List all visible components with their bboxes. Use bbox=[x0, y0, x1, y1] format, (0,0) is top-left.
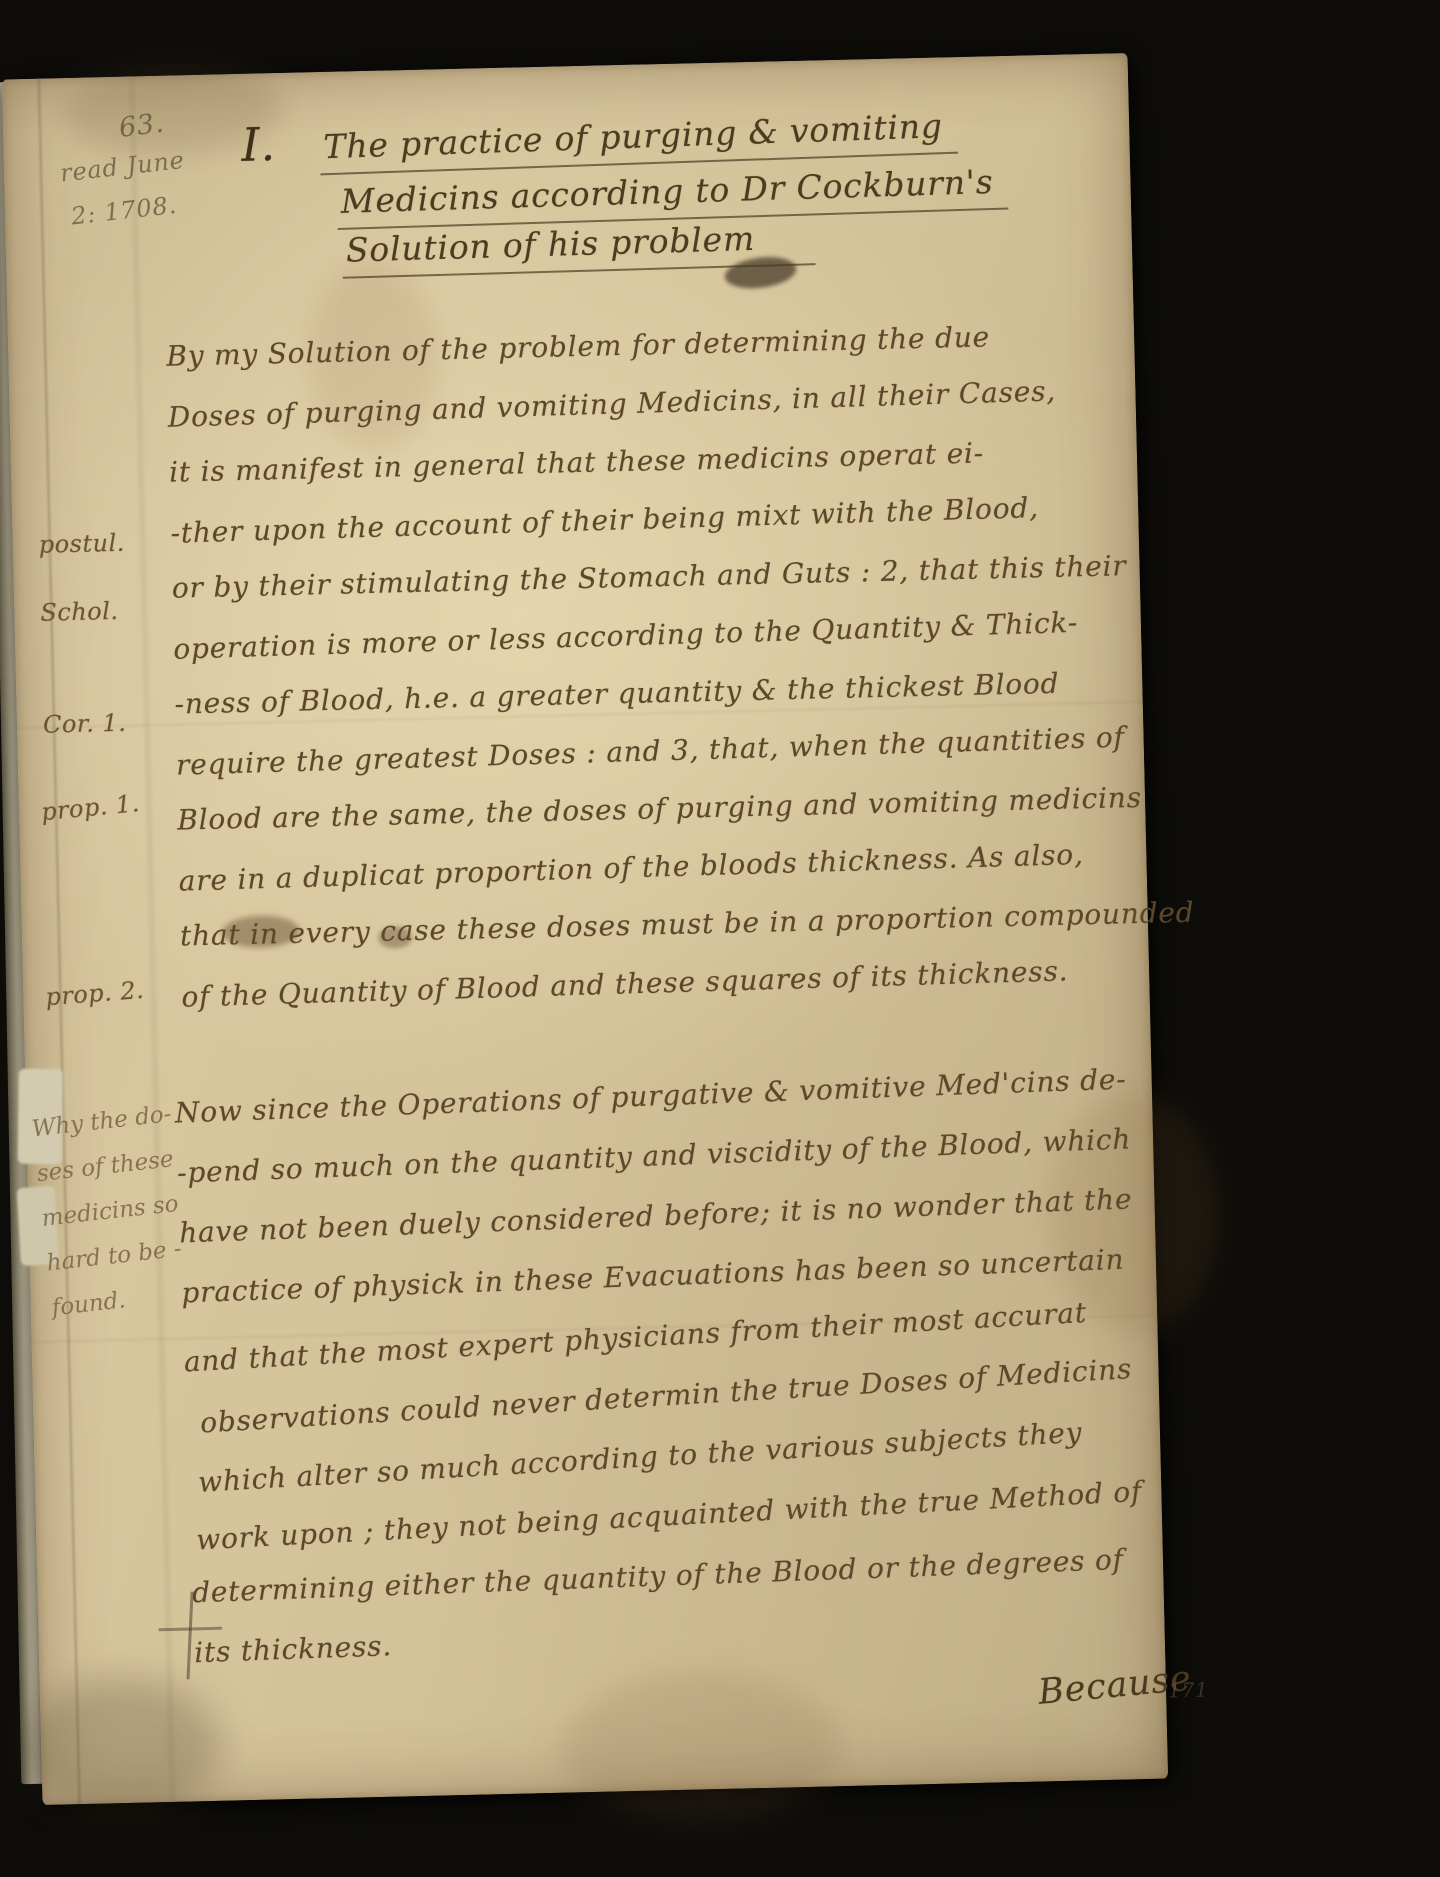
title-line-1: The practice of purging & vomiting bbox=[319, 106, 958, 167]
margin-note-cor-1: Cor. 1. bbox=[43, 709, 127, 739]
margin-note-prop-1: prop. 1. bbox=[40, 789, 141, 826]
page-corner-number: 171 bbox=[1168, 1678, 1209, 1703]
manuscript-photo: 63. read June 2: 1708. I. The practice o… bbox=[0, 0, 1440, 1877]
folio-number: 63. bbox=[117, 107, 166, 144]
margin-note-postul: postul. bbox=[38, 529, 125, 559]
body-paragraph-2: Now since the Operations of purgative & … bbox=[174, 1049, 1150, 1683]
margin-note-prop-2: prop. 2. bbox=[44, 976, 145, 1011]
body-paragraph-1: By my Solution of the problem for determ… bbox=[166, 304, 1197, 1024]
margin-note-schol: Schol. bbox=[40, 597, 119, 627]
margin-note-why-doses: Why the do- ses of these medicins so har… bbox=[30, 1092, 194, 1331]
date-annotation-line-1: read June bbox=[59, 146, 186, 188]
paper-stain bbox=[560, 1670, 843, 1827]
section-numeral: I. bbox=[241, 117, 277, 172]
paper-sheet: 63. read June 2: 1708. I. The practice o… bbox=[2, 53, 1168, 1805]
corner-shadow-stain bbox=[20, 1675, 223, 1820]
gutter-crease bbox=[38, 79, 81, 1805]
date-annotation-line-2: 2: 1708. bbox=[70, 191, 179, 231]
